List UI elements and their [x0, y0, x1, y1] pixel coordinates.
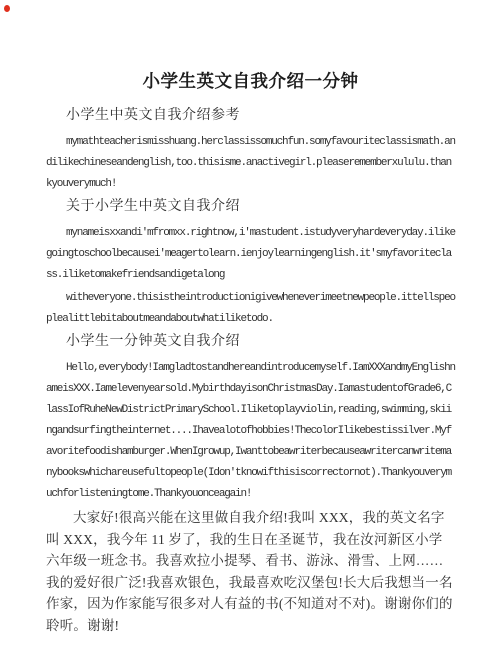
paragraph-english: Hello,everybody!Iamgladtostandhereandint… [46, 358, 455, 505]
paragraph-chinese: 大家好!很高兴能在这里做自我介绍!我叫 XXX，我的英文名字叫 XXX，我今年 … [46, 507, 455, 636]
paragraph-english: mymathteacherismisshuang.herclassissomuc… [46, 132, 455, 195]
section-about: 关于小学生中英文自我介绍 mynameisxxandi'mfromxx.righ… [46, 197, 455, 330]
document-page: 小学生英文自我介绍一分钟 小学生中英文自我介绍参考 mymathteacheri… [0, 0, 500, 647]
paragraph-english: mynameisxxandi'mfromxx.rightnow,i'mastud… [46, 223, 455, 286]
section-heading: 关于小学生中英文自我介绍 [46, 197, 455, 217]
red-dot-marker [4, 5, 10, 12]
paragraph-english: witheveryone.thisistheintroductionigivew… [46, 288, 455, 330]
section-heading: 小学生中英文自我介绍参考 [46, 106, 455, 126]
section-one-minute: 小学生一分钟英文自我介绍 Hello,everybody!Iamgladtost… [46, 332, 455, 636]
document-title: 小学生英文自我介绍一分钟 [46, 68, 455, 94]
section-reference: 小学生中英文自我介绍参考 mymathteacherismisshuang.he… [46, 106, 455, 195]
section-heading: 小学生一分钟英文自我介绍 [46, 332, 455, 352]
